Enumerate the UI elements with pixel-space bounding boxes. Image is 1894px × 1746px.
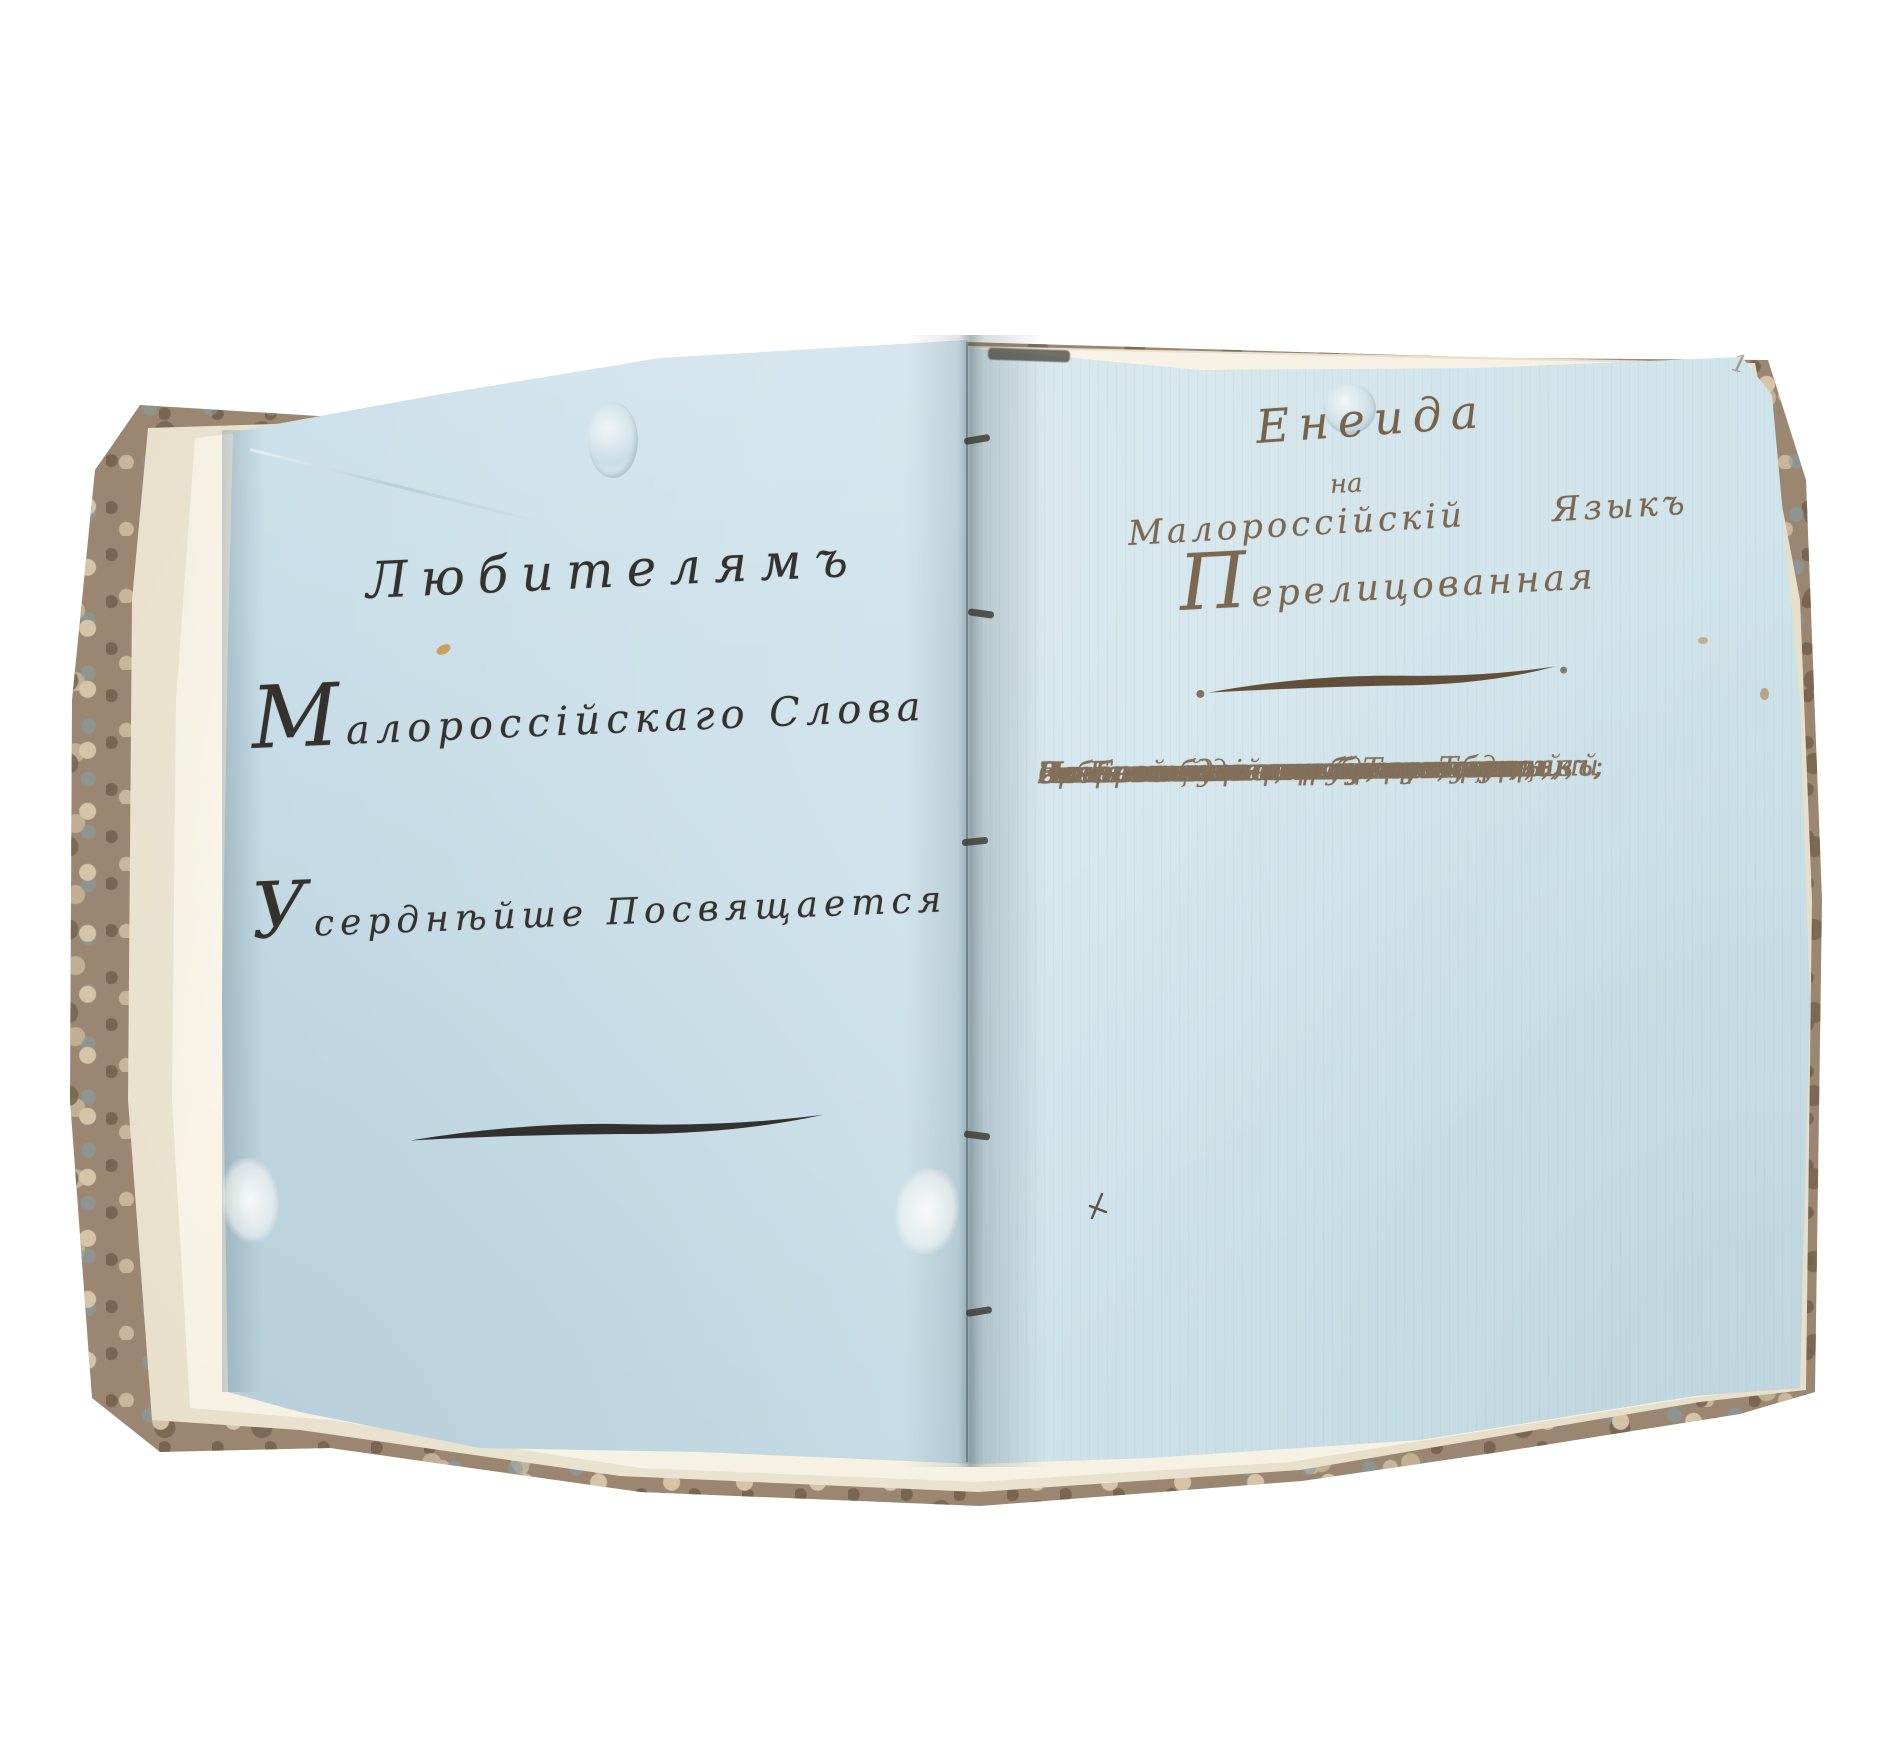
gutter-crease [966,342,968,1462]
white-scuff [218,1155,282,1244]
ink-flourish-divider-left [408,1108,828,1150]
photo-canvas: Любителямъ Малороссійскаго Слова Усерднѣ… [0,0,1894,1746]
ink-flourish-divider-right [1192,662,1572,702]
title-line-na: на [1329,468,1363,500]
paper-fleck [1698,637,1708,644]
white-scuff [890,1164,963,1258]
paper-fleck [1760,688,1769,700]
paper-dimple [588,402,638,478]
poem-line: На сине море поспускавъ, [1038,750,1465,802]
ink-correction-mark [1088,1192,1110,1222]
